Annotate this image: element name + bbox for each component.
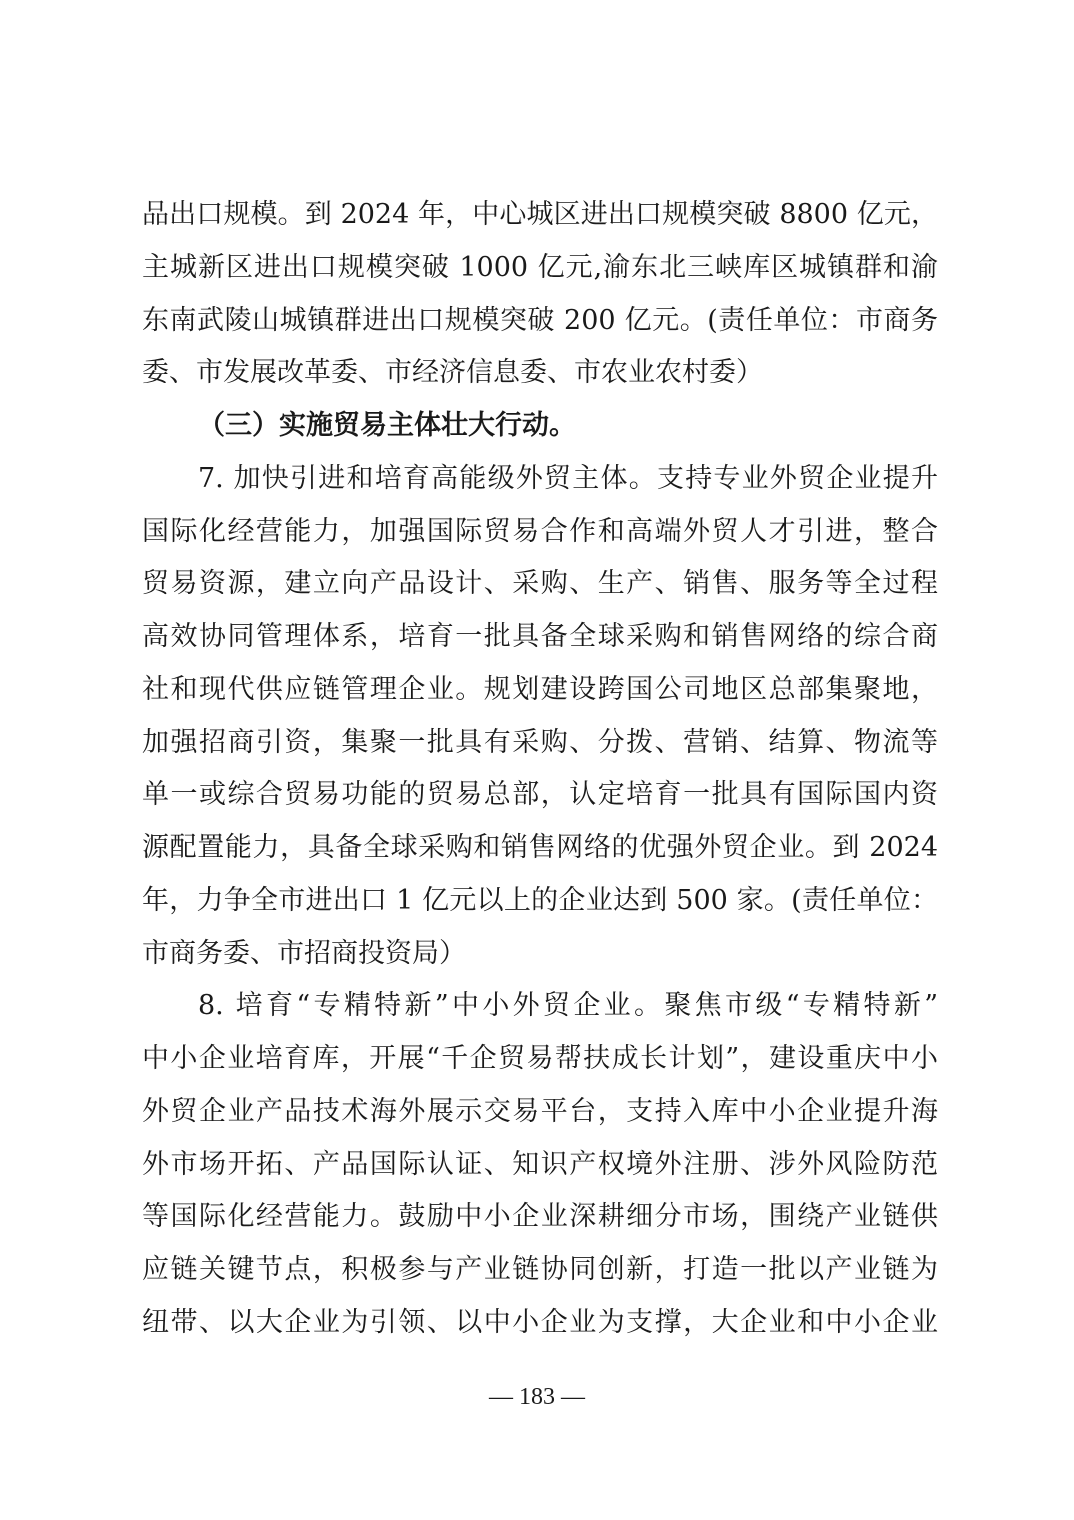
text-line: 单一或综合贸易功能的贸易总部，认定培育一批具有国际国内资 [142, 769, 938, 822]
text-line: 纽带、以大企业为引领、以中小企业为支撑，大企业和中小企业 [142, 1297, 938, 1350]
text-line: 委、市发展改革委、市经济信息委、市农业农村委） [142, 347, 938, 400]
text-line: 品出口规模。到 2024 年，中心城区进出口规模突破 8800 亿元， [142, 189, 938, 242]
text-line: 加强招商引资，集聚一批具有采购、分拨、营销、结算、物流等 [142, 717, 938, 770]
text-line: 外贸企业产品技术海外展示交易平台，支持入库中小企业提升海 [142, 1086, 938, 1139]
text-line: 高效协同管理体系，培育一批具备全球采购和销售网络的综合商 [142, 611, 938, 664]
text-line: 源配置能力，具备全球采购和销售网络的优强外贸企业。到 2024 [142, 822, 938, 875]
paragraph-start-item-7: 7. 加快引进和培育高能级外贸主体。支持专业外贸企业提升 [142, 453, 938, 506]
text-line: 中小企业培育库，开展“千企贸易帮扶成长计划”，建设重庆中小 [142, 1033, 938, 1086]
text-line: 国际化经营能力，加强国际贸易合作和高端外贸人才引进，整合 [142, 506, 938, 559]
document-page: 品出口规模。到 2024 年，中心城区进出口规模突破 8800 亿元， 主城新区… [0, 0, 1074, 1520]
text-line: 市商务委、市招商投资局） [142, 928, 938, 981]
page-number: — 183 — [0, 1384, 1074, 1411]
section-heading: （三）实施贸易主体壮大行动。 [142, 400, 938, 453]
text-line: 社和现代供应链管理企业。规划建设跨国公司地区总部集聚地， [142, 664, 938, 717]
document-body: 品出口规模。到 2024 年，中心城区进出口规模突破 8800 亿元， 主城新区… [142, 189, 938, 1350]
text-line: 贸易资源，建立向产品设计、采购、生产、销售、服务等全过程 [142, 558, 938, 611]
text-line: 东南武陵山城镇群进出口规模突破 200 亿元。(责任单位：市商务 [142, 295, 938, 348]
text-line: 应链关键节点，积极参与产业链协同创新，打造一批以产业链为 [142, 1244, 938, 1297]
text-line: 主城新区进出口规模突破 1000 亿元,渝东北三峡库区城镇群和渝 [142, 242, 938, 295]
text-line: 外市场开拓、产品国际认证、知识产权境外注册、涉外风险防范 [142, 1139, 938, 1192]
text-line: 年，力争全市进出口 1 亿元以上的企业达到 500 家。(责任单位： [142, 875, 938, 928]
paragraph-start-item-8: 8. 培育“专精特新”中小外贸企业。聚焦市级“专精特新” [142, 980, 938, 1033]
text-line: 等国际化经营能力。鼓励中小企业深耕细分市场，围绕产业链供 [142, 1191, 938, 1244]
